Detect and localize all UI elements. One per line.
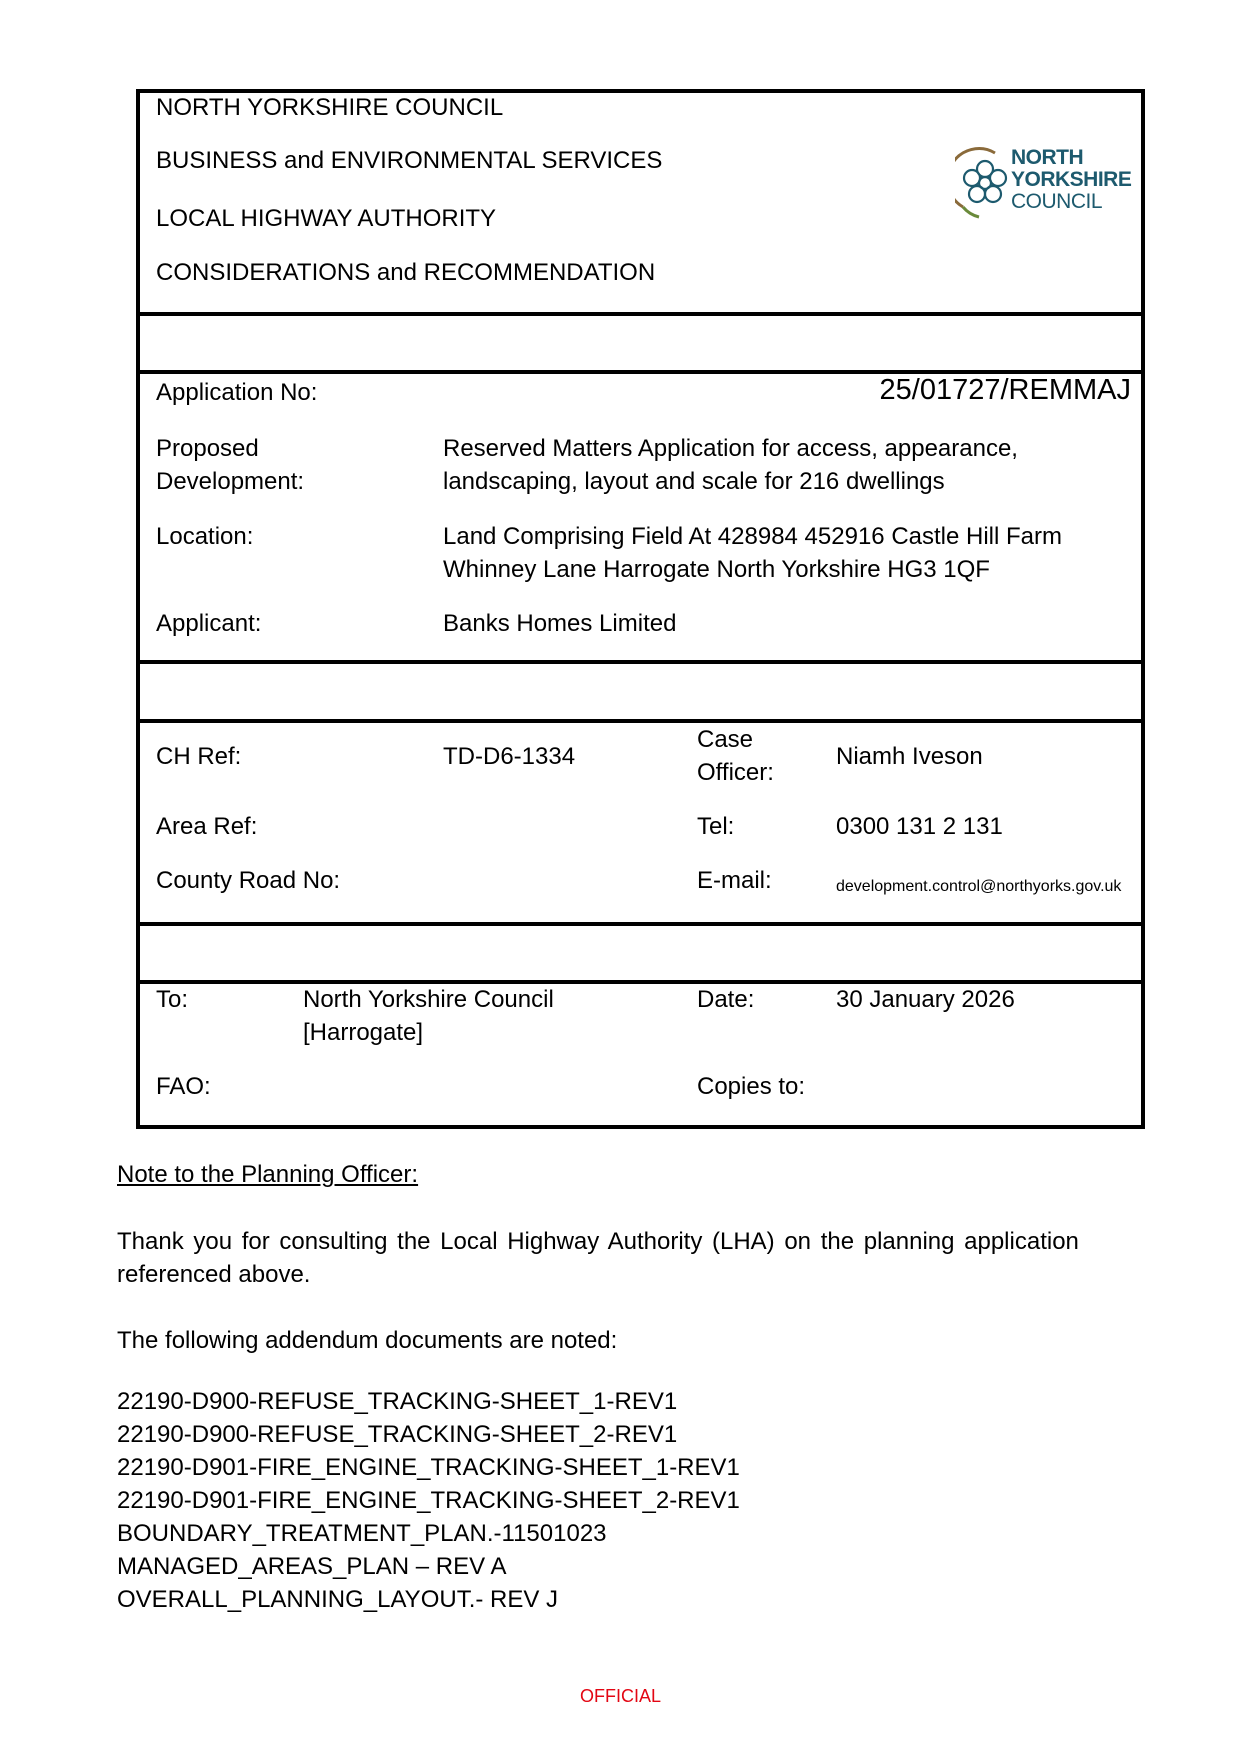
council-logo: NORTH YORKSHIRE COUNCIL (955, 145, 1125, 225)
location-label: Location: (156, 520, 253, 553)
email-label: E-mail: (697, 864, 772, 897)
document-item: 22190-D901-FIRE_ENGINE_TRACKING-SHEET_2-… (117, 1484, 740, 1517)
table-divider (136, 922, 1141, 926)
document-item: 22190-D900-REFUSE_TRACKING-SHEET_1-REV1 (117, 1385, 740, 1418)
note-title: Note to the Planning Officer: (117, 1158, 418, 1191)
applicant-value: Banks Homes Limited (443, 607, 676, 640)
yorkshire-rose-icon (955, 145, 1011, 221)
proposed-development-value-2: landscaping, layout and scale for 216 dw… (443, 465, 945, 498)
ch-ref-label: CH Ref: (156, 740, 241, 773)
addendum-documents-list: 22190-D900-REFUSE_TRACKING-SHEET_1-REV1 … (117, 1385, 740, 1616)
area-ref-label: Area Ref: (156, 810, 257, 843)
document-page: NORTH YORKSHIRE COUNCIL BUSINESS and ENV… (0, 0, 1241, 1754)
logo-line-north: NORTH (1011, 147, 1131, 169)
proposed-development-label-2: Development: (156, 465, 304, 498)
case-officer-label-1: Case (697, 723, 753, 756)
document-item: 22190-D901-FIRE_ENGINE_TRACKING-SHEET_1-… (117, 1451, 740, 1484)
note-paragraph-line-1: Thank you for consulting the Local Highw… (117, 1225, 1117, 1258)
to-label: To: (156, 983, 188, 1016)
application-no-value: 25/01727/REMMAJ (880, 374, 1131, 407)
date-label: Date: (697, 983, 754, 1016)
tel-value: 0300 131 2 131 (836, 810, 1003, 843)
document-item: BOUNDARY_TREATMENT_PLAN.-11501023 (117, 1517, 740, 1550)
document-item: 22190-D900-REFUSE_TRACKING-SHEET_2-REV1 (117, 1418, 740, 1451)
proposed-development-value-1: Reserved Matters Application for access,… (443, 432, 1018, 465)
applicant-label: Applicant: (156, 607, 261, 640)
county-road-label: County Road No: (156, 864, 340, 897)
ch-ref-value: TD-D6-1334 (443, 740, 575, 773)
security-classification: OFFICIAL (0, 1686, 1241, 1707)
logo-line-council: COUNCIL (1011, 191, 1131, 213)
date-value: 30 January 2026 (836, 983, 1015, 1016)
document-item: OVERALL_PLANNING_LAYOUT.- REV J (117, 1583, 740, 1616)
documents-intro: The following addendum documents are not… (117, 1324, 617, 1357)
location-value-1: Land Comprising Field At 428984 452916 C… (443, 520, 1062, 553)
table-divider (136, 719, 1141, 723)
logo-wordmark: NORTH YORKSHIRE COUNCIL (1011, 147, 1131, 213)
authority-name: LOCAL HIGHWAY AUTHORITY (156, 202, 496, 235)
location-value-2: Whinney Lane Harrogate North Yorkshire H… (443, 553, 990, 586)
copies-to-label: Copies to: (697, 1070, 805, 1103)
to-value-2: [Harrogate] (303, 1016, 423, 1049)
logo-line-yorkshire: YORKSHIRE (1011, 169, 1131, 191)
department-name: BUSINESS and ENVIRONMENTAL SERVICES (156, 144, 662, 177)
org-name: NORTH YORKSHIRE COUNCIL (156, 91, 503, 124)
table-divider (136, 312, 1141, 316)
document-type: CONSIDERATIONS and RECOMMENDATION (156, 256, 655, 289)
to-value-1: North Yorkshire Council (303, 983, 554, 1016)
email-value[interactable]: development.control@northyorks.gov.uk (836, 870, 1121, 903)
note-paragraph-line-2: referenced above. (117, 1258, 310, 1291)
case-officer-label-2: Officer: (697, 756, 774, 789)
application-no-label: Application No: (156, 376, 317, 409)
fao-label: FAO: (156, 1070, 211, 1103)
document-item: MANAGED_AREAS_PLAN – REV A (117, 1550, 740, 1583)
tel-label: Tel: (697, 810, 734, 843)
table-divider (136, 660, 1141, 664)
proposed-development-label-1: Proposed (156, 432, 259, 465)
case-officer-value: Niamh Iveson (836, 740, 983, 773)
